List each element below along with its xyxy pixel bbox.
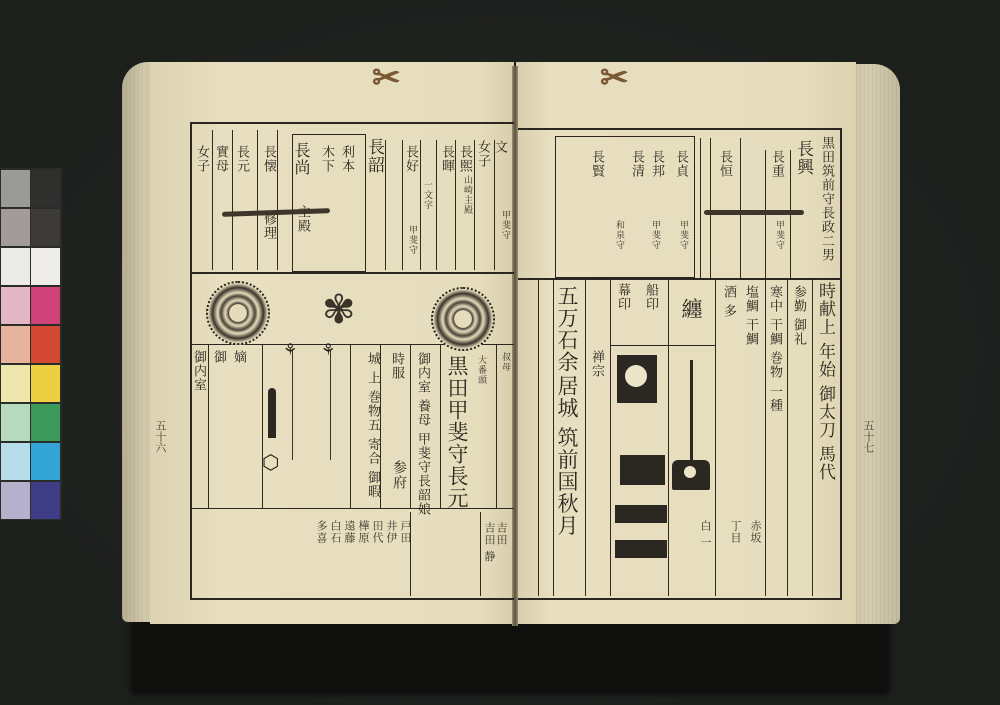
left-folio-number: 五十六 xyxy=(152,420,168,453)
color-swatch xyxy=(1,404,30,441)
right-footer-2: 赤坂 xyxy=(750,520,761,544)
color-swatch xyxy=(1,482,30,519)
crest-round-floral-right xyxy=(431,287,495,351)
left-upper-label-3: 修理 xyxy=(262,212,275,240)
right-upper-divider xyxy=(518,278,842,280)
retainer-4: 遠藤 xyxy=(344,520,355,544)
color-swatch xyxy=(31,209,60,246)
retainer-0: 戸田 xyxy=(400,520,411,544)
left-detail-col-0: 御内室 養母 甲斐守長韶娘 xyxy=(416,352,429,516)
right-upper-label-0: 甲斐守 xyxy=(774,220,783,250)
left-upper-label-1: 山崎主殿 xyxy=(462,175,471,215)
color-swatch xyxy=(1,326,30,363)
color-swatch xyxy=(1,209,30,246)
spear-tassel-icon: ⚘ xyxy=(283,342,298,358)
sun-disc-icon xyxy=(625,365,647,387)
left-lower-info-4: 叔母 xyxy=(500,352,509,372)
residence: 居城 筑前国秋月 xyxy=(556,375,577,537)
lord-name: 黒田甲斐守長元 xyxy=(446,355,467,509)
right-upper-label-1: 甲斐守 xyxy=(678,220,687,250)
color-swatch xyxy=(31,326,60,363)
retainer-6: 多喜 xyxy=(316,520,327,544)
seal-label-curtain: 幕印 xyxy=(616,283,629,311)
left-detail-col-3: 時服 xyxy=(390,352,403,380)
crest-round-floral-left xyxy=(206,281,270,345)
crest-star-wisteria-icon: ✾ xyxy=(322,290,357,330)
right-footer-1: 丁目 xyxy=(730,520,741,544)
left-upper-col-12: 長尚 xyxy=(293,142,309,176)
color-swatch xyxy=(1,287,30,324)
seal-label-ship: 船印 xyxy=(644,283,657,311)
left-lower-info-1: 嫡 xyxy=(232,350,245,364)
color-swatch xyxy=(1,248,30,285)
footer-name-1: 吉田 静 xyxy=(484,522,495,563)
color-swatch xyxy=(1,170,30,207)
retainer-2: 田代 xyxy=(372,520,383,544)
retainer-5: 白石 xyxy=(330,520,341,544)
right-upper-col-5: 長清 xyxy=(630,150,643,178)
left-upper-col-19: 女子 xyxy=(195,145,208,173)
color-swatch xyxy=(31,287,60,324)
left-upper-label-0: 甲斐守 xyxy=(500,210,509,240)
color-swatch xyxy=(31,482,60,519)
color-swatch xyxy=(1,365,30,402)
color-swatch xyxy=(31,248,60,285)
binding-thread-left: ✂ xyxy=(372,58,401,98)
color-swatch xyxy=(31,365,60,402)
offering-col-0: 時献上 年始 御太刀 馬代 xyxy=(816,282,833,481)
right-upper-label-2: 甲斐守 xyxy=(650,220,659,250)
left-lower-info-2: 御 xyxy=(212,350,225,364)
retainer-3: 樺原 xyxy=(358,520,369,544)
offering-col-3: 塩鯛 干鯛 xyxy=(744,285,757,346)
hexagon-mark-icon: ⬡ xyxy=(262,452,280,472)
left-upper-col-11: 木下 xyxy=(320,145,333,173)
left-upper-col-3: 長煕 xyxy=(458,145,471,173)
right-upper-col-6: 長賢 xyxy=(590,150,603,178)
color-calibration-chart xyxy=(0,168,62,520)
curtain-stripe-1 xyxy=(615,505,667,523)
right-upper-col-0: 長興 xyxy=(794,140,811,176)
color-swatch xyxy=(1,443,30,480)
left-upper-col-4: 長暉 xyxy=(440,145,453,173)
right-heir-header: 黒田筑前守長政二男 xyxy=(820,136,833,262)
color-swatch xyxy=(31,443,60,480)
right-upper-col-2: 長恒 xyxy=(718,150,731,178)
left-upper-col-7: 長好 xyxy=(404,145,417,173)
right-upper-col-4: 長邦 xyxy=(650,150,663,178)
left-upper-divider xyxy=(190,272,514,274)
left-detail-col-1: 城 上 巻物五 寄合 御暇 xyxy=(366,352,379,499)
left-upper-col-5: 一文字 xyxy=(422,180,431,210)
footer-name-0: 吉田 xyxy=(496,522,507,546)
color-swatch xyxy=(31,170,60,207)
left-upper-col-1: 文 xyxy=(493,140,506,154)
left-detail-col-4: 大番頭 xyxy=(476,355,485,385)
left-lower-info-0: 御内室 xyxy=(192,350,205,392)
color-swatch xyxy=(31,404,60,441)
left-detail-col-2: 参府 xyxy=(392,460,406,490)
curtain-stripe-2 xyxy=(615,540,667,558)
spear-sheath-illustration xyxy=(268,388,276,438)
left-upper-col-8: 長韶 xyxy=(365,138,382,174)
matoi-disc-icon xyxy=(684,466,696,478)
left-upper-col-2: 女子 xyxy=(476,140,489,168)
sect: 禅宗 xyxy=(590,350,603,378)
curtain-mark-illustration xyxy=(620,455,665,485)
matoi-banner-label: 纏 xyxy=(680,298,701,320)
right-upper-label-5: 和泉守 xyxy=(614,220,623,250)
right-upper-col-3: 長貞 xyxy=(674,150,687,178)
left-upper-col-10: 利本 xyxy=(340,145,353,173)
right-upper-col-1: 長重 xyxy=(770,150,783,178)
offering-col-1: 寒中 干鯛 巻物 一種 xyxy=(768,285,781,412)
left-upper-col-14: 長懐 xyxy=(262,145,275,173)
retainer-1: 井伊 xyxy=(386,520,397,544)
left-upper-col-18: 實母 xyxy=(214,145,227,173)
binding-thread-right: ✂ xyxy=(600,58,629,98)
right-footer-0: 白 一 xyxy=(700,520,711,549)
offering-col-4: 酒 多 xyxy=(722,285,735,318)
offering-col-2: 参勤 御礼 xyxy=(792,285,805,346)
left-upper-label-2: 甲斐守 xyxy=(407,225,416,255)
left-upper-col-16: 長元 xyxy=(235,145,248,173)
wormhole-damage-right xyxy=(704,210,804,215)
stipend: 五万石余 xyxy=(556,285,577,373)
spear-tassel-icon-2: ⚘ xyxy=(321,342,336,358)
right-folio-number: 五十七 xyxy=(860,420,876,453)
